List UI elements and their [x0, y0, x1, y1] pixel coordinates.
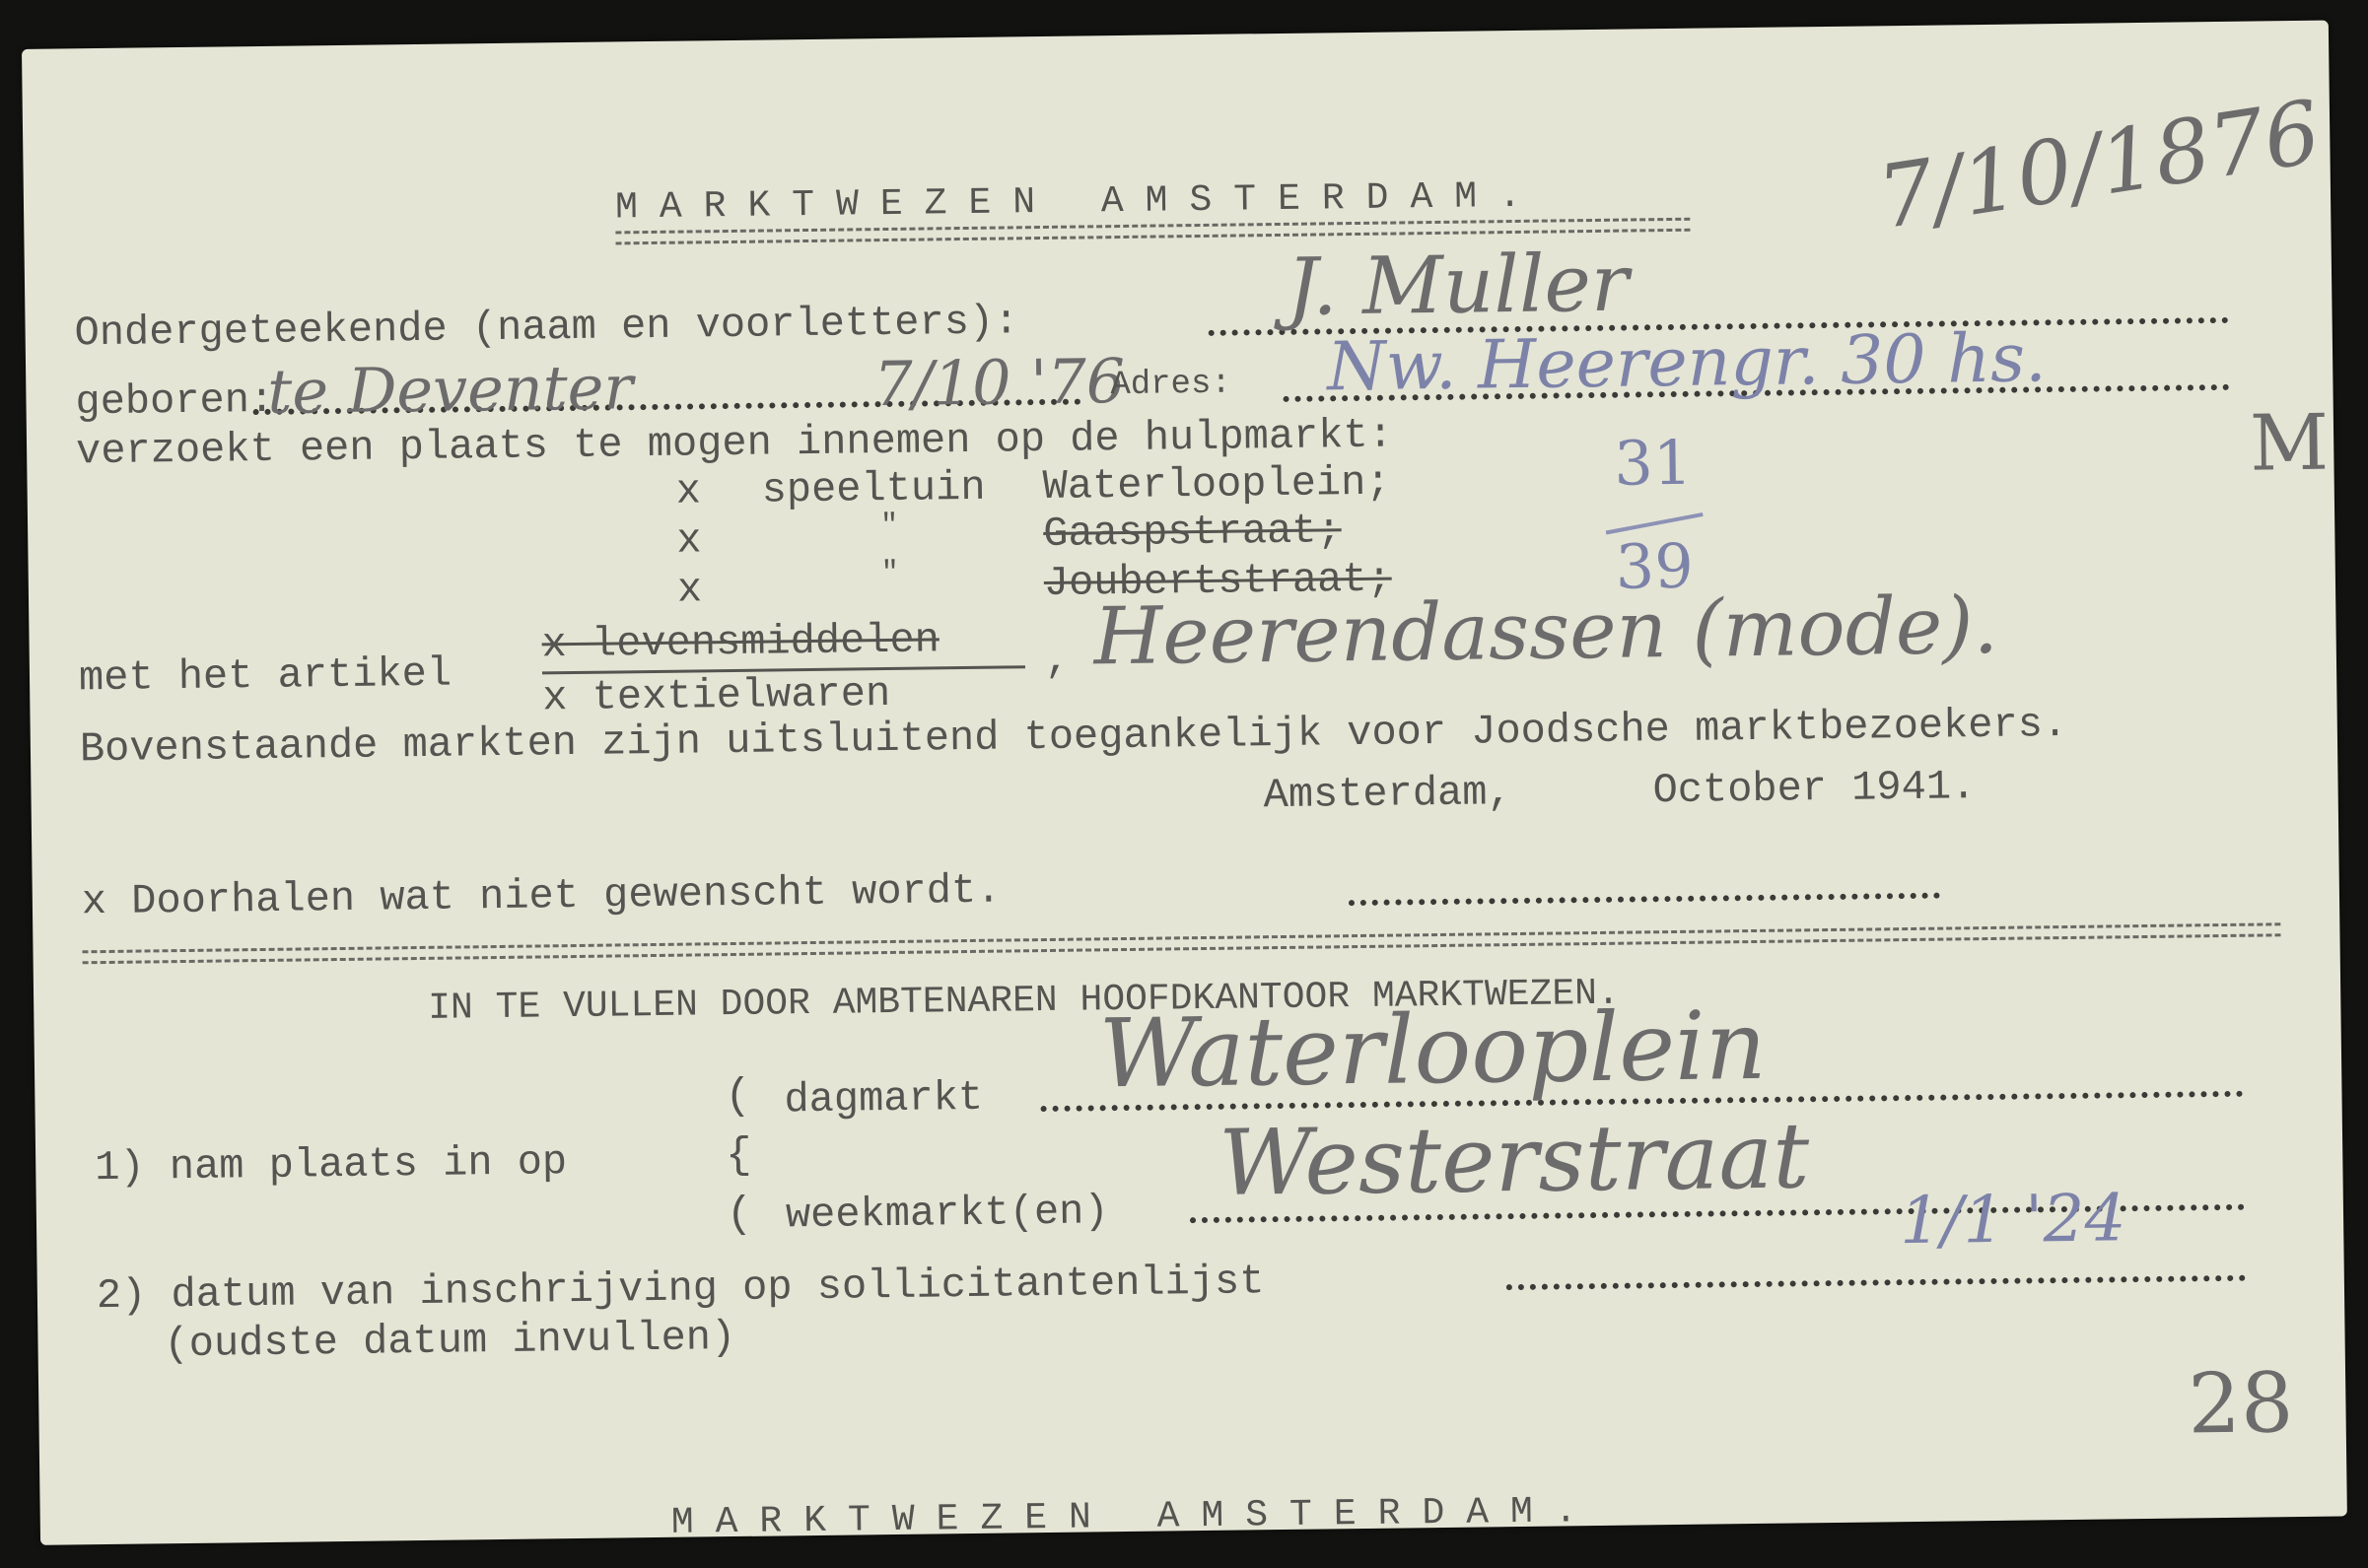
dagmarkt-value: Waterlooplein — [1098, 998, 1767, 1101]
footnote-text: x Doorhalen wat niet gewenscht wordt. — [82, 870, 1002, 923]
dagmarkt-label: dagmarkt — [784, 1077, 983, 1122]
market-marker: x — [677, 569, 703, 610]
market-gaaspstraat: Gaaspstraat; — [1043, 510, 1342, 555]
name-label: Ondergeteekende (naam en voorletters): — [74, 301, 1018, 354]
section-double-rule — [82, 922, 2280, 964]
article-label: met het artikel — [79, 653, 453, 700]
notice-text: Bovenstaande markten zijn uitsluitend to… — [80, 704, 2068, 770]
market-marker: x — [675, 470, 701, 511]
page-number: 28 — [2188, 1361, 2294, 1445]
weekmarkt-label: weekmarkt(en) — [786, 1191, 1109, 1236]
article-option-levensmiddelen: x levensmiddelen — [541, 619, 940, 665]
brace-bottom: ( — [727, 1193, 753, 1237]
date-text: October 1941. — [1652, 766, 1976, 811]
brace-top: ( — [725, 1075, 751, 1119]
place-text: Amsterdam, — [1263, 772, 1512, 816]
footer-title: MARKTWEZEN AMSTERDAM. — [671, 1493, 1599, 1542]
item2-dotted-line — [1506, 1275, 2246, 1290]
market-marker: x — [676, 519, 702, 561]
brace-mid: { — [726, 1134, 752, 1178]
name-value: J. Muller — [1287, 244, 1630, 327]
weekmarkt-value: Westerstraat — [1219, 1111, 1810, 1209]
item2-value: 1/1 '24 — [1900, 1186, 2126, 1254]
margin-initials: M — [2250, 405, 2330, 483]
born-date-value: 7/10 '76 — [873, 351, 1126, 415]
address-value: Nw. Heerengr. 30 hs. — [1327, 325, 2047, 401]
market-ditto: " — [881, 559, 899, 588]
article-comma: , — [1045, 640, 1071, 681]
article-option-textielwaren: x textielwaren — [542, 673, 890, 718]
handwritten-birthdate: 7/10/1876 — [1873, 89, 2326, 241]
article-handwritten: Heerendassen (mode). — [1093, 586, 1998, 677]
header-title: MARKTWEZEN AMSTERDAM. — [615, 178, 1543, 228]
item2-note: (oudste datum invullen) — [164, 1317, 735, 1365]
address-label: Adres: — [1110, 368, 1231, 403]
born-label: geboren: — [75, 379, 274, 424]
market-ditto: " — [880, 511, 898, 541]
market-application-card: MARKTWEZEN AMSTERDAM. 7/10/1876 Onderget… — [22, 21, 2347, 1545]
born-place-value: te Deventer — [267, 357, 633, 423]
signature-dotted-line — [1349, 893, 1940, 907]
margin-fraction-top: 31 — [1614, 433, 1693, 495]
market-waterlooplein: Waterlooplein; — [1042, 462, 1390, 508]
item2-label: 2) datum van inschrijving op sollicitant… — [97, 1261, 1265, 1317]
item1-label: 1) nam plaats in op — [95, 1141, 567, 1189]
market-prefix: speeltuin — [761, 467, 985, 511]
